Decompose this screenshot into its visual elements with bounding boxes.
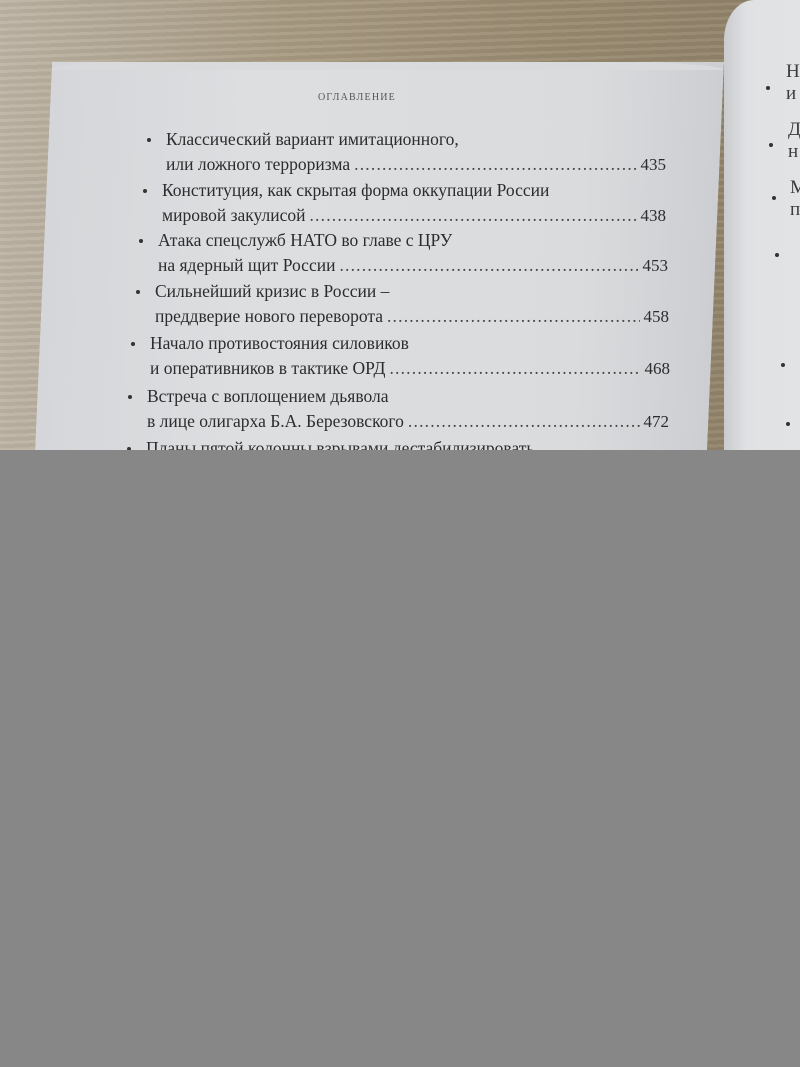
- toc-page-number: 435: [641, 152, 667, 177]
- dot-leader: [339, 253, 638, 278]
- bullet-icon: [131, 342, 135, 346]
- toc-entry-line: в лице олигарха Б.А. Березовского472: [147, 409, 669, 434]
- bullet-icon: [147, 138, 151, 142]
- running-head: Оглавление: [318, 92, 396, 103]
- bullet-icon: [139, 239, 143, 243]
- dot-leader: [389, 356, 640, 381]
- toc-entry-title: Начало противостояния силовиков: [150, 331, 670, 356]
- gray-cover-block: [0, 450, 800, 1067]
- toc-page-number: 458: [644, 304, 670, 329]
- dot-leader: [408, 409, 640, 434]
- toc-entry-line: на ядерный щит России453: [158, 253, 668, 278]
- toc-entry-title: Встреча с воплощением дьявола: [147, 384, 669, 409]
- toc-page-number: 468: [645, 356, 671, 381]
- table-of-contents: Оглавление Классический вариант имитацио…: [0, 0, 800, 460]
- toc-page-number: 472: [644, 409, 670, 434]
- toc-entry-title-cont: в лице олигарха Б.А. Березовского: [147, 409, 404, 434]
- toc-entry: Классический вариант имитационного, или …: [166, 127, 666, 177]
- toc-page-number: 438: [641, 203, 667, 228]
- dot-leader: [354, 152, 636, 177]
- toc-entry-title-cont: мировой закулисой: [162, 203, 305, 228]
- toc-entry-title-cont: и оперативников в тактике ОРД: [150, 356, 385, 381]
- toc-entry-line: и оперативников в тактике ОРД468: [150, 356, 670, 381]
- toc-entry: Атака спецслужб НАТО во главе с ЦРУ на я…: [158, 228, 668, 278]
- toc-entry-title: Сильнейший кризис в России –: [155, 279, 669, 304]
- toc-entry: Встреча с воплощением дьявола в лице оли…: [147, 384, 669, 434]
- toc-entry-title: Классический вариант имитационного,: [166, 127, 666, 152]
- bullet-icon: [143, 189, 147, 193]
- toc-entry-title-cont: или ложного терроризма: [166, 152, 350, 177]
- toc-entry-title-cont: на ядерный щит России: [158, 253, 335, 278]
- toc-entry-line: мировой закулисой438: [162, 203, 666, 228]
- bullet-icon: [136, 290, 140, 294]
- bullet-icon: [128, 395, 132, 399]
- toc-entry: Начало противостояния силовиков и операт…: [150, 331, 670, 381]
- toc-entry-title: Атака спецслужб НАТО во главе с ЦРУ: [158, 228, 668, 253]
- toc-entry-title: Конституция, как скрытая форма оккупации…: [162, 178, 666, 203]
- toc-entry-line: преддверие нового переворота458: [155, 304, 669, 329]
- toc-page-number: 453: [643, 253, 669, 278]
- toc-entry-title-cont: преддверие нового переворота: [155, 304, 383, 329]
- dot-leader: [387, 304, 640, 329]
- dot-leader: [309, 203, 636, 228]
- toc-entry: Конституция, как скрытая форма оккупации…: [162, 178, 666, 228]
- toc-entry: Сильнейший кризис в России – преддверие …: [155, 279, 669, 329]
- toc-entry-line: или ложного терроризма435: [166, 152, 666, 177]
